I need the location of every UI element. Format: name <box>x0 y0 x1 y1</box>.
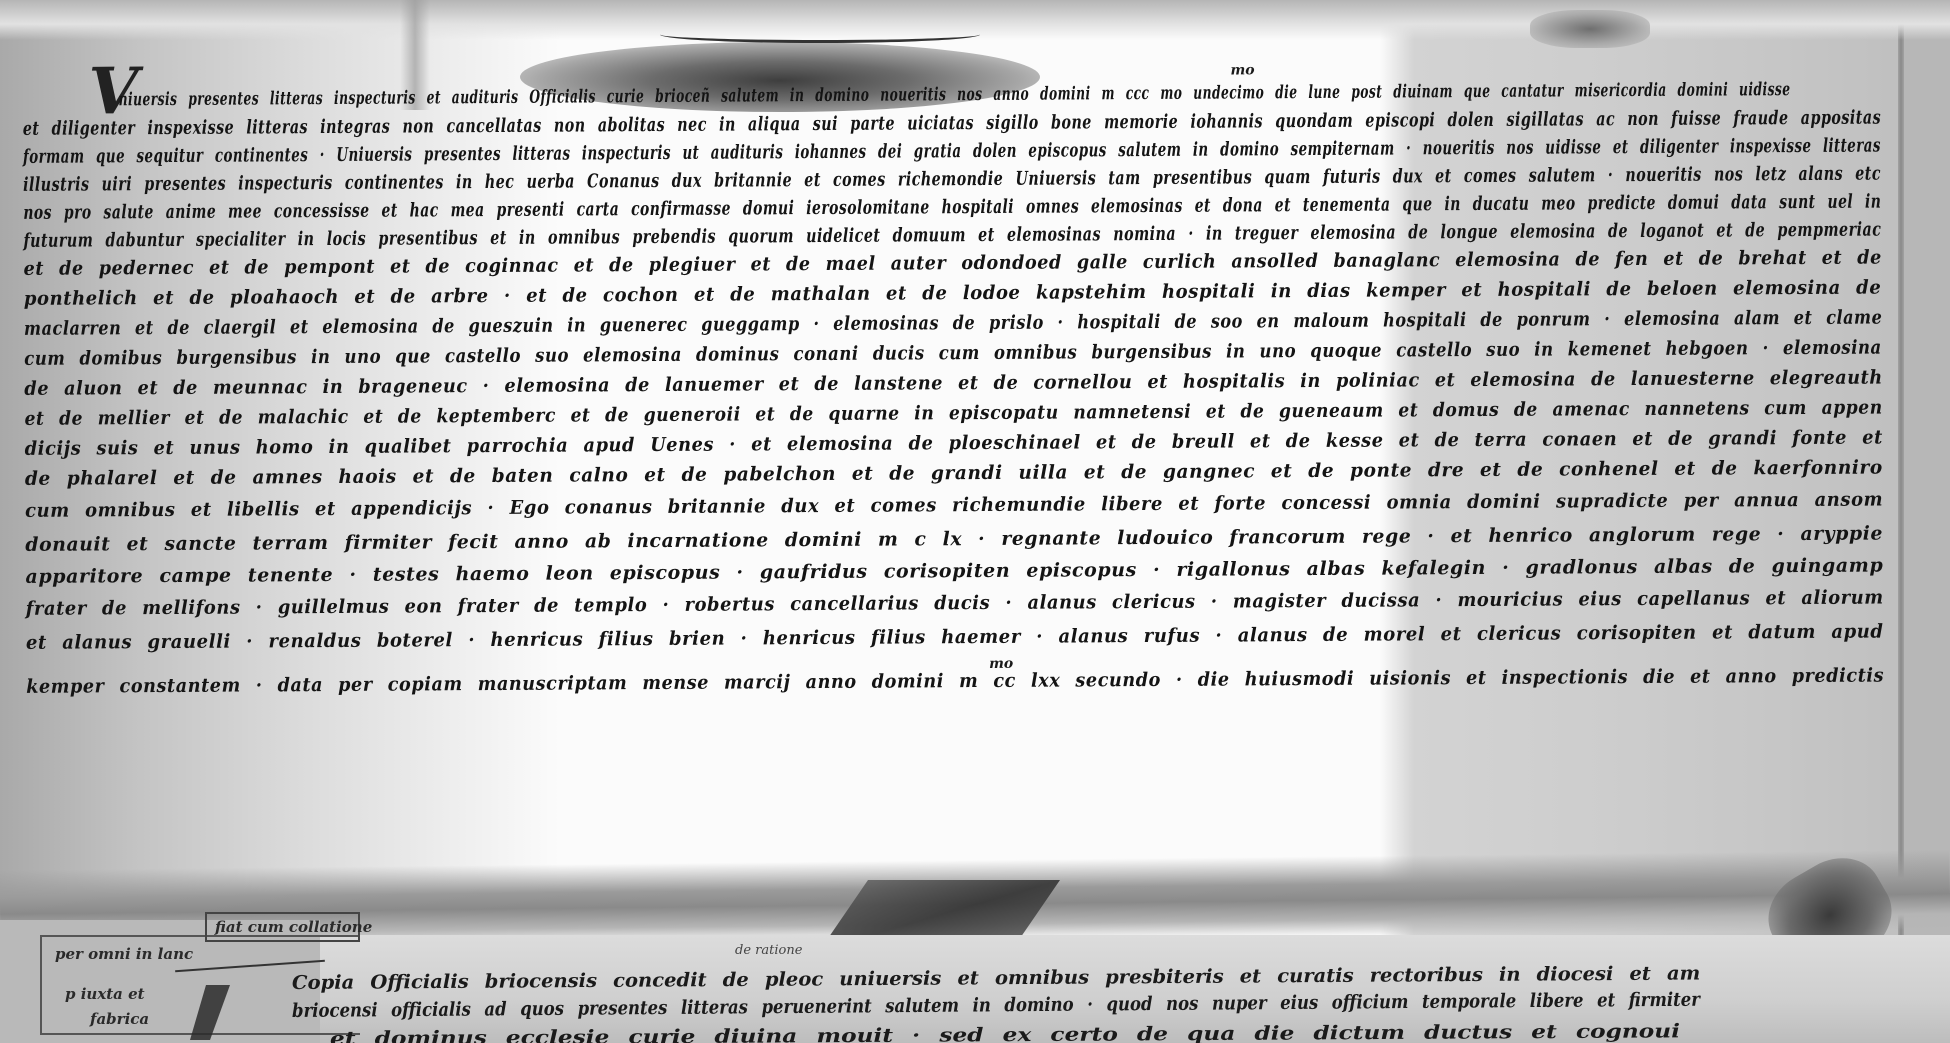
box-note-line-4: fabrica <box>90 1010 149 1028</box>
text-line-7: et de pedernec et de pempont et de cogin… <box>24 247 1882 280</box>
box-note-line-2: per omni in lanc <box>55 945 193 963</box>
text-line-10: cum domibus burgensibus in uno que caste… <box>24 337 1882 370</box>
superscript-mo-1: mo <box>1230 62 1254 78</box>
text-line-16: donauit et sancte terram firmiter fecit … <box>25 523 1883 556</box>
text-line-1: niuersis presentes litteras inspecturis … <box>119 79 1791 110</box>
text-line-11: de aluon et de meunnac in brageneuc · el… <box>24 367 1882 400</box>
text-line-19: et alanus grauelli · renaldus boterel · … <box>26 621 1884 654</box>
text-line-3: formam que sequitur continentes · Uniuer… <box>23 135 1881 168</box>
text-line-12: et de mellier et de malachic et de kepte… <box>24 397 1882 430</box>
text-line-6: futurum dabuntur specialiter in locis pr… <box>23 219 1881 252</box>
text-line-20: kemper constantem · data per copiam manu… <box>26 665 1884 698</box>
text-line-2: et diligenter inspexisse litteras integr… <box>23 107 1881 140</box>
text-line-9: maclarren et de claergil et elemosina de… <box>24 307 1882 340</box>
text-line-5: nos pro salute anime mee concessisse et … <box>23 191 1881 224</box>
small-marginal-note: de ratione <box>735 943 802 958</box>
box-note-line-3: p iuxta et <box>65 985 145 1003</box>
text-line-18: frater de mellifons · guillelmus eon fra… <box>26 587 1884 620</box>
text-line-15: cum omnibus et libellis et appendicijs ·… <box>25 489 1883 522</box>
text-line-17: apparitore campe tenente · testes haemo … <box>25 555 1883 588</box>
text-line-13: dicijs suis et unus homo in qualibet par… <box>25 427 1883 460</box>
box-note-line-1: fiat cum collatione <box>215 918 372 936</box>
text-line-4: illustris uiri presentes inspecturis con… <box>23 163 1881 196</box>
text-line-14: de phalarel et de amnes haois et de bate… <box>25 457 1883 490</box>
text-line-8: ponthelich et de ploahaoch et de arbre ·… <box>24 277 1882 310</box>
